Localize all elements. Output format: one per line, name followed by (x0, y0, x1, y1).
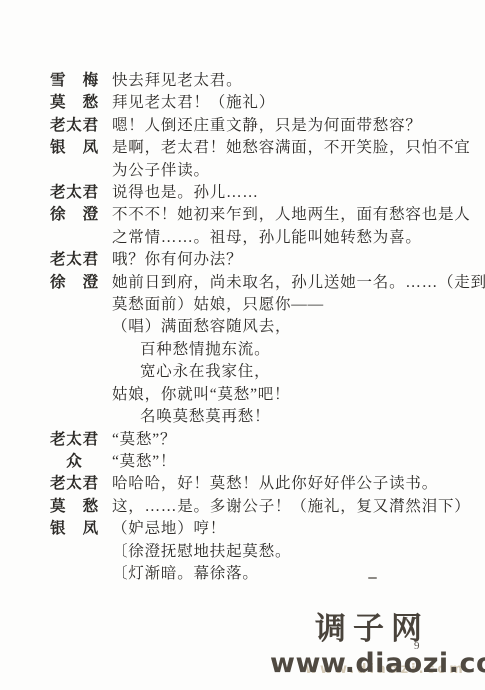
line-text: 快去拜见老太君。 (112, 70, 460, 92)
line-text: 名唤莫愁莫再愁！ (112, 406, 460, 428)
character-name: 老太君 (50, 249, 112, 271)
script-line: 〔灯渐暗。幕徐落。 (50, 563, 460, 585)
line-text: “莫愁”？ (112, 429, 460, 451)
character-name: 雪 梅 (50, 70, 112, 92)
script-line: 姑娘，你就叫“莫愁”吧！ (50, 384, 460, 406)
line-text: 百种愁情抛东流。 (112, 339, 460, 361)
watermark-site-url: www.diaozi.com (270, 649, 485, 679)
line-text: 哦？你有何办法？ (112, 249, 460, 271)
character-name: 老太君 (50, 429, 112, 451)
line-text: 〔徐澄抚慰地扶起莫愁。 (112, 541, 460, 563)
script-line: 之常情……。祖母，孙儿能叫她转愁为喜。 (50, 227, 460, 249)
script-line: 老太君“莫愁”？ (50, 429, 460, 451)
script-line: 百种愁情抛东流。 (50, 339, 460, 361)
line-text: 姑娘，你就叫“莫愁”吧！ (112, 384, 460, 406)
line-text: 莫愁面前）姑娘，只愿你—— (112, 294, 460, 316)
character-name: 银 凤 (50, 518, 112, 540)
script-line: 老太君哦？你有何办法？ (50, 249, 460, 271)
character-name: 徐 澄 (50, 272, 112, 294)
line-text: 这，……是。多谢公子！（施礼，复又潸然泪下） (112, 496, 471, 518)
script-line: 老太君说得也是。孙儿…… (50, 182, 460, 204)
script-line: 徐 澄不不不！她初来乍到，人地两生，面有愁容也是人 (50, 204, 460, 226)
character-name: 徐 澄 (50, 204, 112, 226)
character-name: 老太君 (50, 115, 112, 137)
line-text: 说得也是。孙儿…… (112, 182, 460, 204)
script-line: 莫愁面前）姑娘，只愿你—— (50, 294, 460, 316)
line-text: 为公子伴读。 (112, 160, 460, 182)
line-text: 嗯！人倒还庄重文静，只是为何面带愁容？ (112, 115, 460, 137)
script-line: 众“莫愁”！ (50, 451, 460, 473)
script-line: 为公子伴读。 (50, 160, 460, 182)
script-line: 宽心永在我家住， (50, 361, 460, 383)
character-name: 银 凤 (50, 137, 112, 159)
script-line: 莫 愁这，……是。多谢公子！（施礼，复又潸然泪下） (50, 496, 460, 518)
line-text: （妒忌地）哼！ (112, 518, 460, 540)
scan-artifact-dash (368, 577, 377, 579)
line-text: 拜见老太君！（施礼） (112, 92, 460, 114)
script-line: 老太君嗯！人倒还庄重文静，只是为何面带愁容？ (50, 115, 460, 137)
page-number: 9 (414, 640, 420, 652)
script-line: 名唤莫愁莫再愁！ (50, 406, 460, 428)
script-line: 雪 梅快去拜见老太君。 (50, 70, 460, 92)
script-line: 银 凤是啊，老太君！她愁容满面，不开笑脸，只怕不宜 (50, 137, 460, 159)
line-text: 是啊，老太君！她愁容满面，不开笑脸，只怕不宜 (112, 137, 471, 159)
watermark-site-name: 调子网 (315, 610, 429, 649)
script-line: 莫 愁拜见老太君！（施礼） (50, 92, 460, 114)
character-name: 老太君 (50, 182, 112, 204)
character-name: 莫 愁 (50, 92, 112, 114)
script-line: 老太君哈哈哈，好！莫愁！从此你好好伴公子读书。 (50, 473, 460, 495)
script-text: 雪 梅快去拜见老太君。莫 愁拜见老太君！（施礼）老太君嗯！人倒还庄重文静，只是为… (50, 70, 460, 585)
character-name: 莫 愁 (50, 496, 112, 518)
character-name: 众 (50, 451, 112, 473)
line-text: （唱）满面愁容随风去， (112, 316, 460, 338)
line-text: 宽心永在我家住， (112, 361, 460, 383)
line-text: 不不不！她初来乍到，人地两生，面有愁容也是人 (112, 204, 471, 226)
script-line: 徐 澄她前日到府，尚未取名，孙儿送她一名。……（走到 (50, 272, 460, 294)
line-text: 〔灯渐暗。幕徐落。 (112, 563, 460, 585)
script-line: 〔徐澄抚慰地扶起莫愁。 (50, 541, 460, 563)
character-name: 老太君 (50, 473, 112, 495)
line-text: “莫愁”！ (112, 451, 460, 473)
scanned-script-page: 雪 梅快去拜见老太君。莫 愁拜见老太君！（施礼）老太君嗯！人倒还庄重文静，只是为… (0, 0, 485, 690)
script-line: 银 凤（妒忌地）哼！ (50, 518, 460, 540)
line-text: 哈哈哈，好！莫愁！从此你好好伴公子读书。 (112, 473, 460, 495)
line-text: 她前日到府，尚未取名，孙儿送她一名。……（走到 (112, 272, 485, 294)
script-line: （唱）满面愁容随风去， (50, 316, 460, 338)
line-text: 之常情……。祖母，孙儿能叫她转愁为喜。 (112, 227, 460, 249)
